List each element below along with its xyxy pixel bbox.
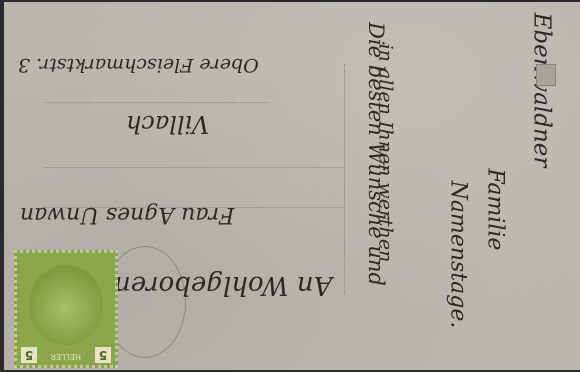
divider-line — [344, 64, 345, 294]
stamp-value-right: 5 — [21, 347, 37, 363]
address-line — [44, 167, 344, 168]
stamp-value-left: 5 — [95, 347, 111, 363]
stamp-unit: HELLER — [50, 352, 81, 361]
postage-stamp: 5 HELLER 5 — [14, 250, 118, 368]
message-line-3: Namenstage. — [445, 181, 470, 329]
message-line-5: Ebenwaldner — [528, 13, 554, 168]
message-line-4: Familie — [482, 169, 507, 251]
address-line — [44, 102, 269, 103]
message-line-2: in allen Ihnen werthen — [374, 44, 396, 263]
publisher-logo-icon — [536, 64, 556, 86]
address-street: Obere Fleischmarktstr. 3 — [18, 54, 259, 76]
emperor-portrait-icon — [29, 265, 103, 345]
address-recipient: Frau Agnes Unwan — [20, 202, 234, 227]
address-place: Villach — [126, 110, 209, 138]
